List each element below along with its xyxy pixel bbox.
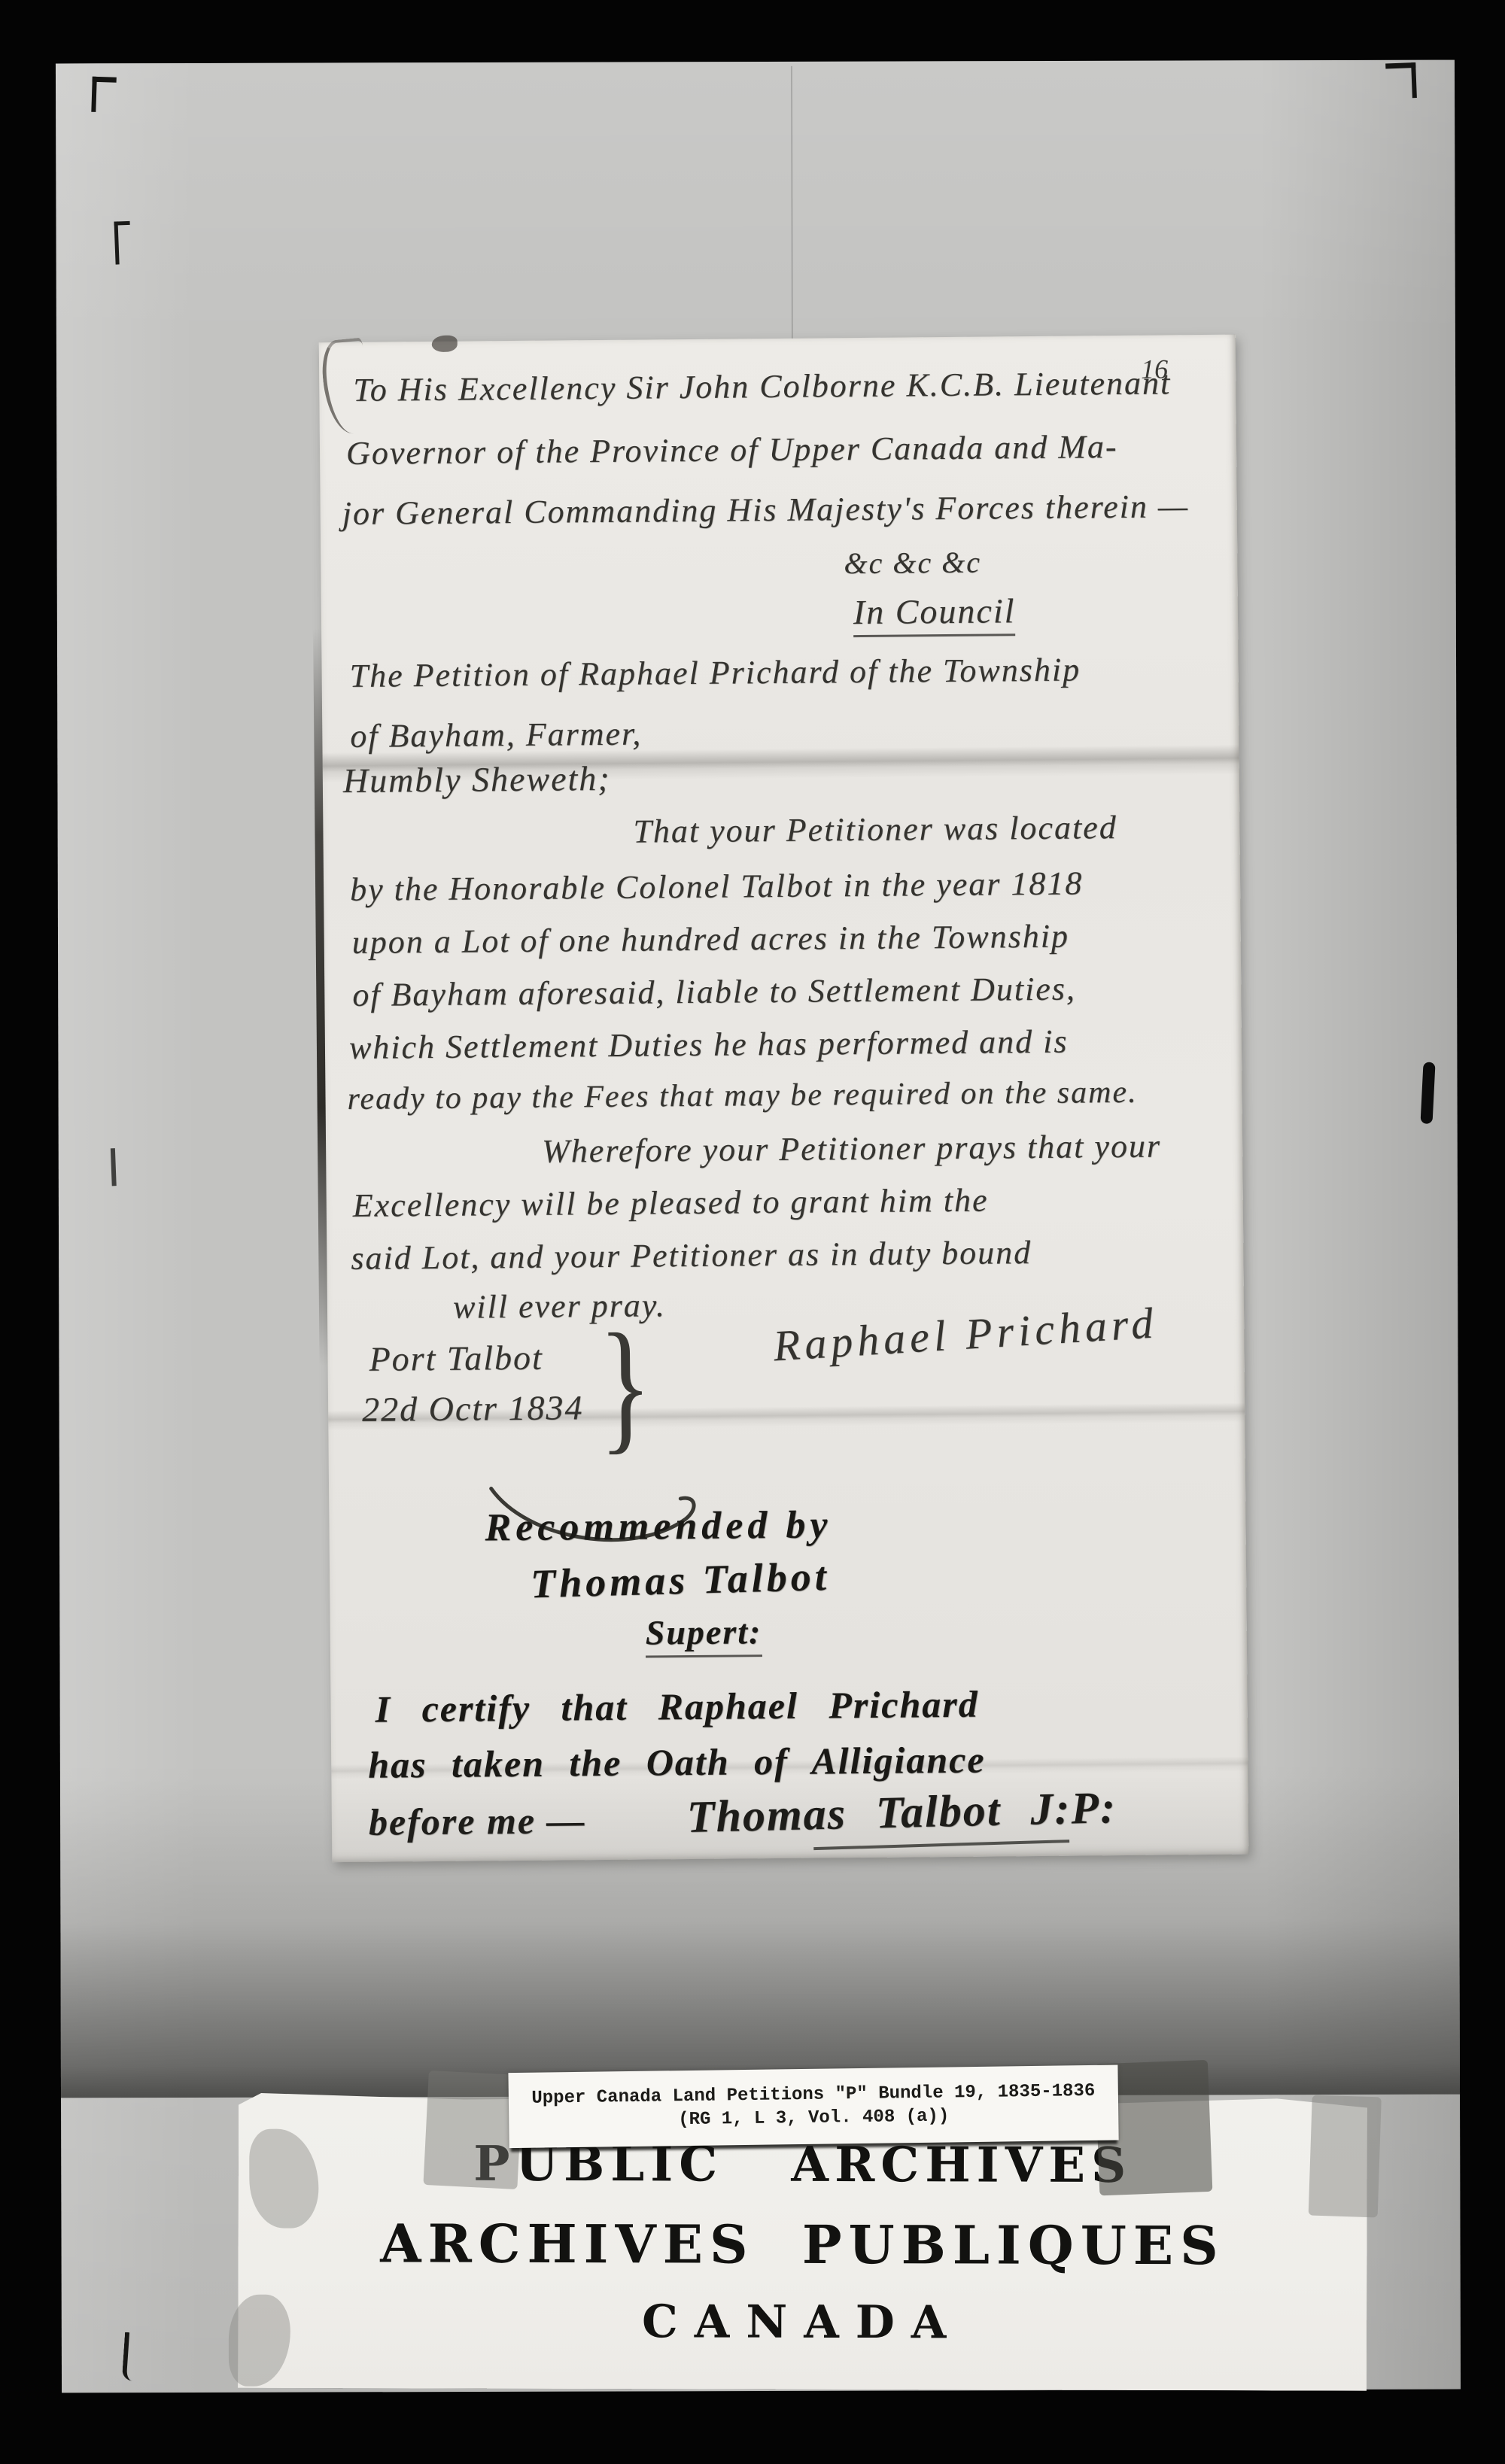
date-brace-mark: } (598, 1311, 652, 1460)
body-line-1: That your Petitioner was located (633, 808, 1117, 851)
address-line-1: To His Excellency Sir John Colborne K.C.… (353, 363, 1171, 409)
paper-edge-shadow (313, 628, 328, 1366)
recommender-title: Supert: (646, 1612, 762, 1652)
microfilm-frame: 16 To His Excellency Sir John Colborne K… (0, 0, 1505, 2464)
in-council-heading: In Council (853, 591, 1016, 632)
edge-mark-left (111, 1148, 117, 1186)
corner-bracket-mark-left (114, 221, 132, 265)
prayer-line-1: Wherefore your Petitioner prays that you… (542, 1127, 1161, 1171)
intro-line-1: The Petition of Raphael Prichard of the … (349, 650, 1081, 694)
body-line-5: which Settlement Duties he has performed… (349, 1022, 1069, 1067)
corner-bracket-mark-top-left (91, 77, 117, 113)
recommended-by-line: Recommended by (485, 1502, 832, 1550)
in-council-text: In Council (853, 591, 1016, 637)
film-vertical-seam (791, 66, 793, 367)
film-shadow-gradient (60, 1776, 1460, 2098)
archive-label-line-1: Upper Canada Land Petitions "P" Bundle 1… (531, 2081, 1095, 2109)
intro-line-2: of Bayham, Farmer, (350, 715, 642, 755)
petition-document: 16 To His Excellency Sir John Colborne K… (319, 335, 1249, 1863)
recommender-title-text: Supert: (646, 1612, 762, 1657)
archive-label: Upper Canada Land Petitions "P" Bundle 1… (508, 2065, 1118, 2149)
prayer-line-3: said Lot, and your Petitioner as in duty… (351, 1233, 1032, 1278)
archive-label-line-2: (RG 1, L 3, Vol. 408 (a)) (678, 2106, 949, 2130)
body-line-6: ready to pay the Fees that may be requir… (347, 1074, 1137, 1117)
stamp-archives-publiques: ARCHIVES PUBLIQUES (351, 2212, 1254, 2277)
recommender-signature: Thomas Talbot (530, 1553, 830, 1607)
etcetera-marks: &c &c &c (844, 545, 981, 582)
salutation: Humbly Sheweth; (343, 758, 611, 801)
prayer-line-2: Excellency will be pleased to grant him … (353, 1181, 989, 1225)
petitioner-signature: Raphael Prichard (772, 1297, 1159, 1371)
address-line-2: Governor of the Province of Upper Canada… (346, 427, 1118, 472)
place-line: Port Talbot (369, 1338, 543, 1379)
film-scan-area: 16 To His Excellency Sir John Colborne K… (56, 60, 1461, 2393)
body-line-3: upon a Lot of one hundred acres in the T… (351, 917, 1069, 962)
address-line-3: jor General Commanding His Majesty's For… (342, 487, 1190, 533)
body-line-2: by the Honorable Colonel Talbot in the y… (350, 864, 1084, 909)
tape-patch (1309, 2095, 1382, 2218)
corner-bracket-mark-top-right (1385, 62, 1417, 99)
date-line: 22d Octr 1834 (362, 1387, 584, 1429)
certify-line-1: I certify that Raphael Prichard (375, 1682, 979, 1731)
body-line-4: of Bayham aforesaid, liable to Settlemen… (352, 970, 1076, 1014)
stamp-canada: CANADA (351, 2295, 1254, 2350)
ink-blot-mark-right (1421, 1062, 1436, 1124)
torn-edge-blot (432, 336, 458, 352)
edge-mark-bottom-left (122, 2332, 137, 2381)
